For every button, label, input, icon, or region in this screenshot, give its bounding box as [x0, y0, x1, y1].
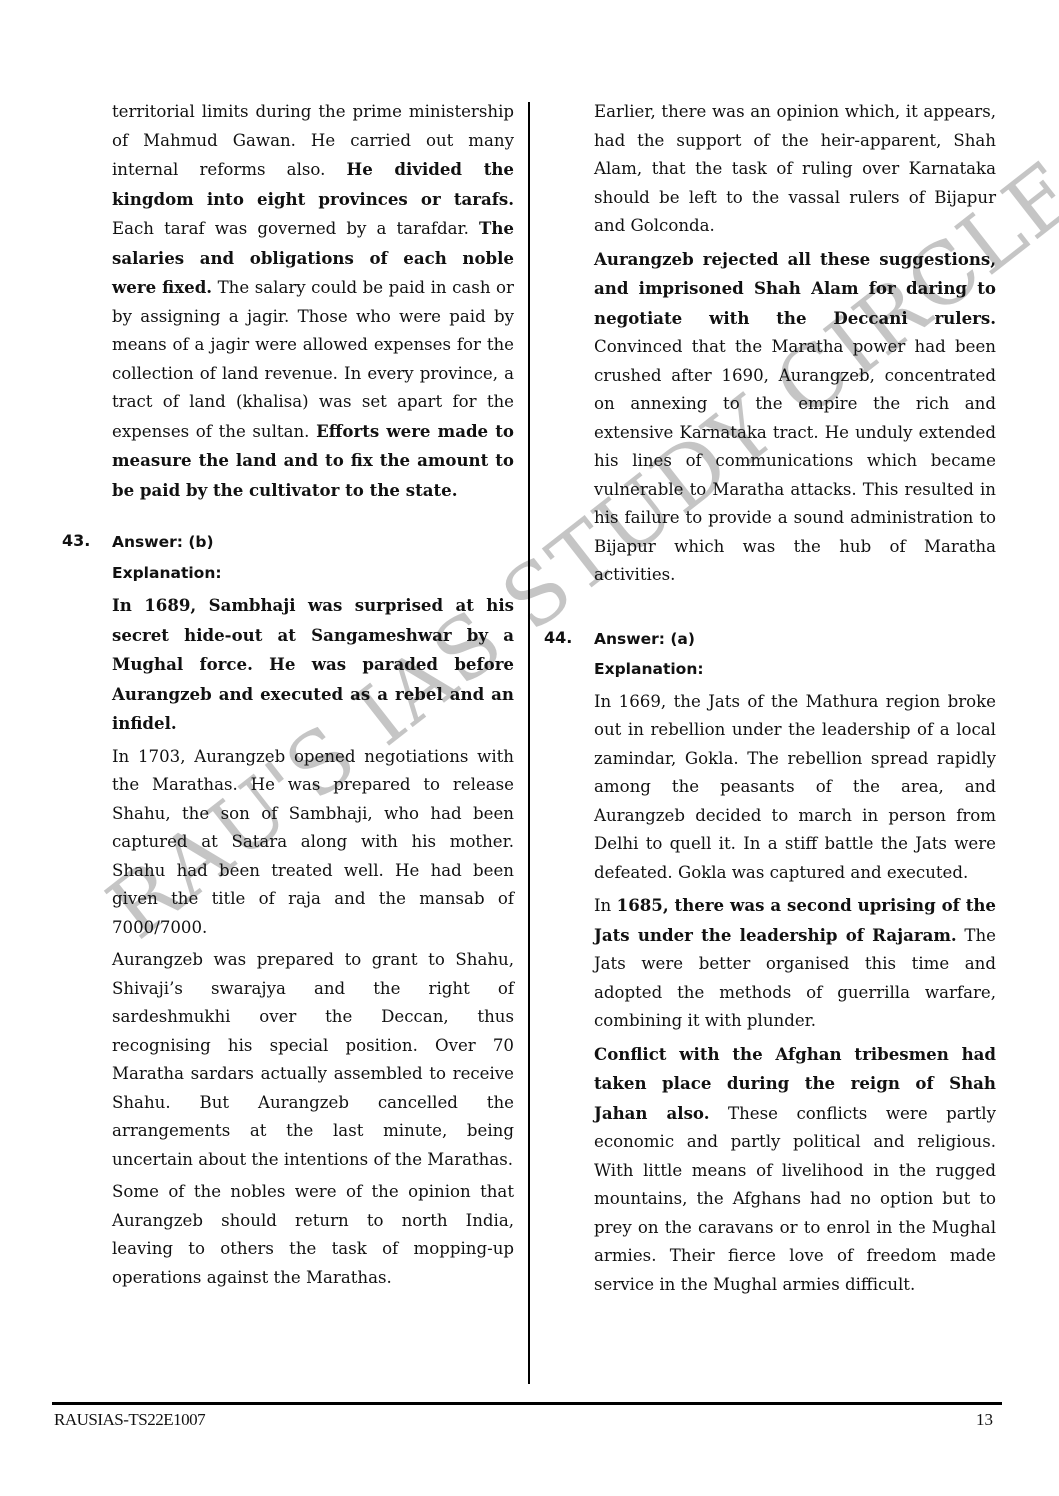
text-run: Each taraf was governed by a tarafdar.	[112, 219, 479, 238]
explanation-label: Explanation:	[594, 655, 996, 684]
question-43: 43. Answer: (b)	[112, 527, 514, 557]
document-page: RAU'S IAS STUDY CIRCLE territorial limit…	[0, 0, 1059, 1496]
explanation-paragraph: Some of the nobles were of the opinion t…	[112, 1178, 514, 1292]
text-run: Earlier, there was an opinion which, it …	[594, 102, 996, 235]
bold-text-run: 1685, there was a second uprising of the…	[594, 895, 996, 945]
text-run: Some of the nobles were of the opinion t…	[112, 1182, 514, 1287]
continuation-paragraph: Aurangzeb rejected all these suggestions…	[594, 245, 996, 590]
explanation-label: Explanation:	[112, 559, 514, 588]
question-number: 43.	[62, 527, 90, 556]
text-run: Convinced that the Maratha power had bee…	[594, 337, 996, 584]
column-divider	[528, 102, 530, 1384]
footer-page-number: 13	[976, 1410, 993, 1430]
continuation-paragraph: Earlier, there was an opinion which, it …	[594, 98, 996, 241]
intro-paragraph: territorial limits during the prime mini…	[112, 98, 514, 505]
answer-label: Answer: (a)	[594, 630, 695, 648]
answer-label: Answer: (b)	[112, 533, 214, 551]
text-run: Aurangzeb was prepared to grant to Shahu…	[112, 950, 514, 1169]
text-run: In 1669, the Jats of the Mathura region …	[594, 692, 996, 882]
bold-text-run: Aurangzeb rejected all these suggestions…	[594, 249, 996, 328]
footer-rule	[52, 1402, 1002, 1405]
explanation-paragraph: In 1669, the Jats of the Mathura region …	[594, 688, 996, 888]
right-column: Earlier, there was an opinion which, it …	[594, 98, 996, 1303]
left-column: territorial limits during the prime mini…	[112, 98, 514, 1296]
text-run: These conflicts were partly economic and…	[594, 1104, 996, 1294]
explanation-paragraph: In 1685, there was a second uprising of …	[594, 891, 996, 1036]
explanation-paragraph: In 1689, Sambhaji was surprised at his s…	[112, 591, 514, 739]
question-number: 44.	[544, 624, 572, 653]
explanation-paragraph: Conflict with the Afghan tribesmen had t…	[594, 1040, 996, 1300]
footer-document-code: RAUSIAS-TS22E1007	[54, 1410, 205, 1430]
text-run: In	[594, 896, 617, 915]
explanation-paragraph: In 1703, Aurangzeb opened negotiations w…	[112, 743, 514, 943]
question-44: 44. Answer: (a)	[594, 624, 996, 654]
explanation-paragraph: Aurangzeb was prepared to grant to Shahu…	[112, 946, 514, 1174]
bold-text-run: In 1689, Sambhaji was surprised at his s…	[112, 595, 514, 733]
text-run: The salary could be paid in cash or by a…	[112, 278, 514, 441]
text-run: In 1703, Aurangzeb opened negotiations w…	[112, 747, 514, 937]
